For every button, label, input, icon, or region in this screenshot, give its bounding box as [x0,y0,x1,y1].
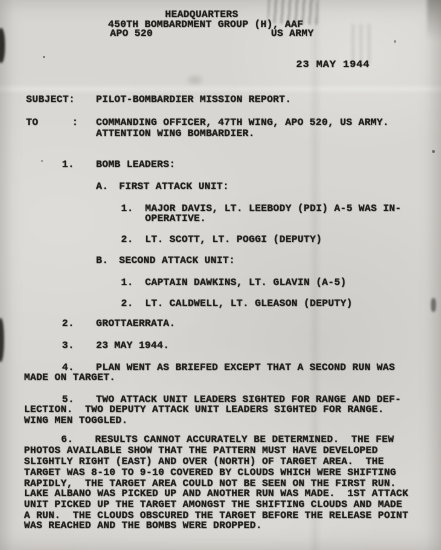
subject-label: SUBJECT: [26,95,75,106]
subject-value: PILOT-BOMBARDIER MISSION REPORT. [96,95,291,106]
unit-b-title: SECOND ATTACK UNIT: [119,256,235,267]
item-6-line4: TARGET WAS 8-10 TO 9-10 COVERED BY CLOUD… [24,468,396,479]
paper-speck [394,40,396,43]
mission-report-scan: HEADQUARTERS 450TH BOMBARDMENT GROUP (H)… [0,0,441,550]
paper-speck [41,160,43,162]
item-6-line7: UNIT PICKED UP THE TARGET AMONGST THE SH… [24,500,402,511]
item-1-number: 1. [62,160,74,171]
to-line2: ATTENTION WING BOMBARDIER. [96,129,255,140]
unit-a-1-line2: OPERATIVE. [145,214,206,225]
unit-b-letter: B. [96,256,108,267]
item-2-number: 2. [62,319,74,330]
item-4-line2: MADE ON TARGET. [24,373,116,384]
paper-speck [43,56,45,58]
item-1-text: BOMB LEADERS: [96,160,175,171]
scan-edge-mark [427,0,441,40]
paper-stain [188,76,202,84]
unit-b-2-number: 2. [121,299,133,310]
paper-speck [432,150,435,153]
scan-edge-mark [0,28,5,63]
ink-smudge [352,24,372,64]
scan-edge-mark [0,318,4,362]
to-colon: : [72,118,78,129]
item-6-line9: WAS REACHED AND THE BOMBS WERE DROPPED. [24,521,262,532]
header-apo: APO 520 [110,29,153,40]
item-6-line6: LAKE ALBANO WAS PICKED UP AND ANOTHER RU… [24,489,408,500]
date-line: 23 MAY 1944 [296,60,370,71]
scan-edge-mark [431,298,436,312]
unit-a-letter: A. [96,182,108,193]
item-2-text: GROTTAERRATA. [96,319,175,330]
unit-a-1-number: 1. [121,204,133,215]
unit-b-1-number: 1. [121,278,133,289]
item-6-number: 6. [61,435,73,446]
unit-a-2-number: 2. [121,235,133,246]
unit-a-2-text: LT. SCOTT, LT. POGGI (DEPUTY) [145,235,322,246]
item-6-line1: RESULTS CANNOT ACCURATELY BE DETERMINED.… [95,435,394,446]
unit-a-title: FIRST ATTACK UNIT: [119,182,229,193]
unit-b-2-text: LT. CALDWELL, LT. GLEASON (DEPUTY) [145,299,352,310]
item-4-line1: PLAN WENT AS BRIEFED EXCEPT THAT A SECON… [96,363,395,374]
to-label: TO [26,118,38,129]
to-line1: COMMANDING OFFICER, 47TH WING, APO 520, … [96,118,389,129]
item-3-text: 23 MAY 1944. [96,341,169,352]
header-us-army: US ARMY [271,29,314,40]
item-3-number: 3. [62,341,74,352]
item-6-line3: SLIGHTLY RIGHT (EAST) AND OVER (NORTH) O… [24,457,384,468]
item-5-line2: LECTION. TWO DEPUTY ATTACK UNIT LEADERS … [24,405,384,416]
item-5-line3: WING MEN TOGGLED. [24,416,128,427]
item-6-line2: PHOTOS AVAILABLE SHOW THAT THE PATTERN M… [24,446,378,457]
unit-b-1-text: CAPTAIN DAWKINS, LT. GLAVIN (A-5) [145,278,346,289]
